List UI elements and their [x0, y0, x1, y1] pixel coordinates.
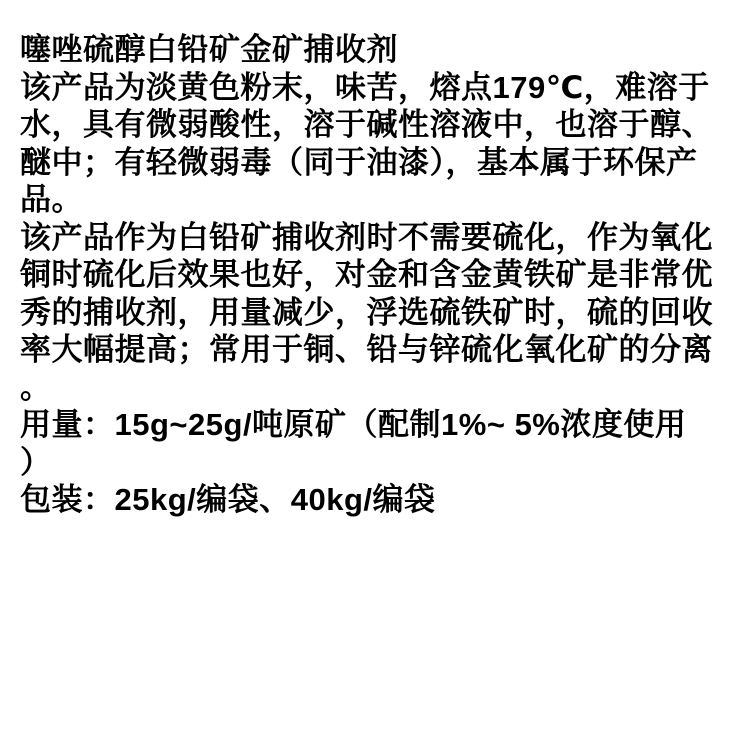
product-description-page: 噻唑硫醇白铅矿金矿捕收剂 该产品为淡黄色粉末，味苦，熔点179℃，难溶于 水，具…: [0, 0, 750, 750]
text-line: 铜时硫化后效果也好，对金和含金黄铁矿是非常优: [20, 256, 736, 294]
dosage-line: 用量：15g~25g/吨原矿（配制1%~ 5%浓度使用: [20, 406, 736, 444]
physical-properties-paragraph: 该产品为淡黄色粉末，味苦，熔点179℃，难溶于 水，具有微弱酸性，溶于碱性溶液中…: [20, 69, 736, 219]
text-line: 品。: [20, 181, 736, 219]
packaging-paragraph: 包装：25kg/编袋、40kg/编袋: [20, 481, 736, 519]
text-line: 秀的捕收剂，用量减少，浮选硫铁矿时，硫的回收: [20, 294, 736, 332]
text-line: 率大幅提高；常用于铜、铅与锌硫化氧化矿的分离: [20, 331, 736, 369]
packaging-line: 包装：25kg/编袋、40kg/编袋: [20, 481, 736, 519]
dosage-paragraph: 用量：15g~25g/吨原矿（配制1%~ 5%浓度使用 ）: [20, 406, 736, 481]
product-title: 噻唑硫醇白铅矿金矿捕收剂: [20, 31, 736, 69]
text-line: 醚中；有轻微弱毒（同于油漆），基本属于环保产: [20, 144, 736, 182]
text-line: 水，具有微弱酸性，溶于碱性溶液中，也溶于醇、: [20, 106, 736, 144]
text-line: 。: [20, 369, 736, 407]
application-paragraph: 该产品作为白铅矿捕收剂时不需要硫化，作为氧化 铜时硫化后效果也好，对金和含金黄铁…: [20, 219, 736, 407]
dosage-line-continuation: ）: [20, 444, 736, 482]
text-line: 该产品作为白铅矿捕收剂时不需要硫化，作为氧化: [20, 219, 736, 257]
text-block: 噻唑硫醇白铅矿金矿捕收剂 该产品为淡黄色粉末，味苦，熔点179℃，难溶于 水，具…: [20, 31, 736, 519]
text-line: 该产品为淡黄色粉末，味苦，熔点179℃，难溶于: [20, 69, 736, 107]
